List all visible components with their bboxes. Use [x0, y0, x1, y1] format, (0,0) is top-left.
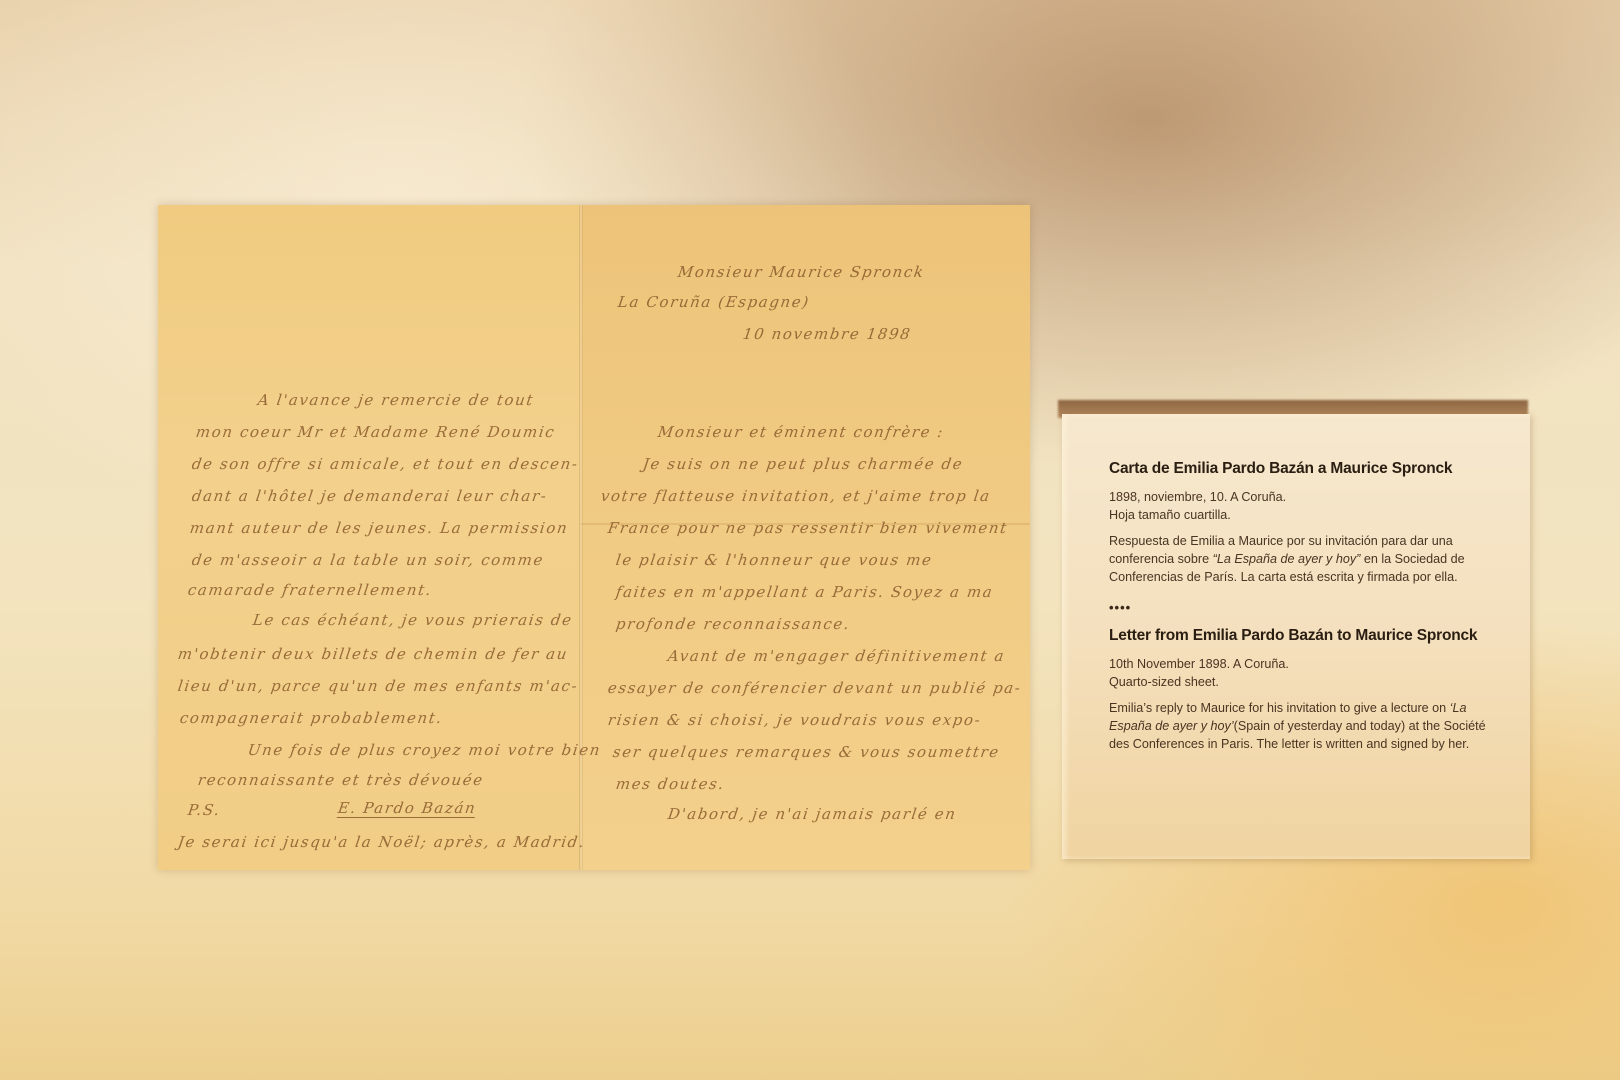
letter-center-fold	[579, 205, 583, 870]
label-date-spanish: 1898, noviembre, 10. A Coruña.	[1109, 488, 1509, 506]
letter-line: de son offre si amicale, et tout en desc…	[191, 455, 580, 473]
letter-line: profonde reconnaissance.	[615, 615, 852, 633]
letter-line: faites en m'appellant a Paris. Soyez a m…	[615, 583, 995, 601]
letter-line: A l'avance je remercie de tout	[257, 391, 536, 409]
letter-line: le plaisir & l'honneur que vous me	[615, 551, 934, 569]
label-date-english: 10th November 1898. A Coruña.	[1109, 655, 1509, 673]
label-title-spanish: Carta de Emilia Pardo Bazán a Maurice Sp…	[1109, 460, 1509, 478]
letter-line: Monsieur et éminent confrère :	[657, 423, 946, 441]
letter-line: compagnerait probablement.	[179, 709, 444, 727]
letter-line: ser quelques remarques & vous soumettre	[612, 743, 1001, 761]
letter-line: Le cas échéant, je vous prierais de	[252, 611, 574, 629]
letter-signature: E. Pardo Bazán	[337, 799, 478, 818]
letter-line: camarade fraternellement.	[187, 581, 434, 599]
label-separator: ••••	[1109, 600, 1509, 615]
letter-line: votre flatteuse invitation, et j'aime tr…	[600, 487, 992, 505]
letter-line: m'obtenir deux billets de chemin de fer …	[177, 645, 570, 663]
letter-line: risien & si choisi, je voudrais vous exp…	[607, 711, 983, 729]
letter-line: D'abord, je n'ai jamais parlé en	[667, 805, 958, 823]
letter-line: de m'asseoir a la table un soir, comme	[191, 551, 546, 569]
letter-date-line: 10 novembre 1898	[742, 325, 913, 343]
letter-line: Une fois de plus croyez moi votre bien	[247, 741, 603, 759]
letter-line: France pour ne pas ressentir bien viveme…	[607, 519, 1009, 537]
letter-line: essayer de conférencier devant un publié…	[607, 679, 1023, 697]
handwritten-letter: Monsieur Maurice Spronck La Coruña (Espa…	[158, 205, 1030, 870]
label-format-spanish: Hoja tamaño cuartilla.	[1109, 506, 1509, 524]
letter-line: reconnaissante et très dévouée	[197, 771, 485, 789]
desc-quote: “La España de ayer y hoy”	[1213, 552, 1361, 566]
letter-line: Je suis on ne peut plus charmée de	[642, 455, 965, 473]
label-description-english: Emilia’s reply to Maurice for his invita…	[1109, 699, 1509, 753]
letter-line: mes doutes.	[615, 775, 726, 793]
letter-line: dant a l'hôtel je demanderai leur char-	[191, 487, 549, 505]
letter-line: mon coeur Mr et Madame René Doumic	[195, 423, 557, 441]
desc-text: Emilia’s reply to Maurice for his invita…	[1109, 701, 1450, 715]
letter-ps-label: P.S.	[187, 801, 222, 819]
letter-address-line: La Coruña (Espagne)	[617, 293, 811, 311]
letter-line: lieu d'un, parce qu'un de mes enfants m'…	[177, 677, 580, 695]
letter-address-line: Monsieur Maurice Spronck	[677, 263, 926, 281]
letter-line: mant auteur de les jeunes. La permission	[189, 519, 570, 537]
letter-line: Avant de m'engager définitivement a	[667, 647, 1007, 665]
label-description-spanish: Respuesta de Emilia a Maurice por su inv…	[1109, 532, 1509, 586]
label-format-english: Quarto-sized sheet.	[1109, 673, 1509, 691]
exhibit-label-card: Carta de Emilia Pardo Bazán a Maurice Sp…	[1062, 414, 1530, 859]
letter-postscript: Je serai ici jusqu'a la Noël; après, a M…	[177, 833, 587, 851]
label-title-english: Letter from Emilia Pardo Bazán to Mauric…	[1109, 627, 1509, 645]
